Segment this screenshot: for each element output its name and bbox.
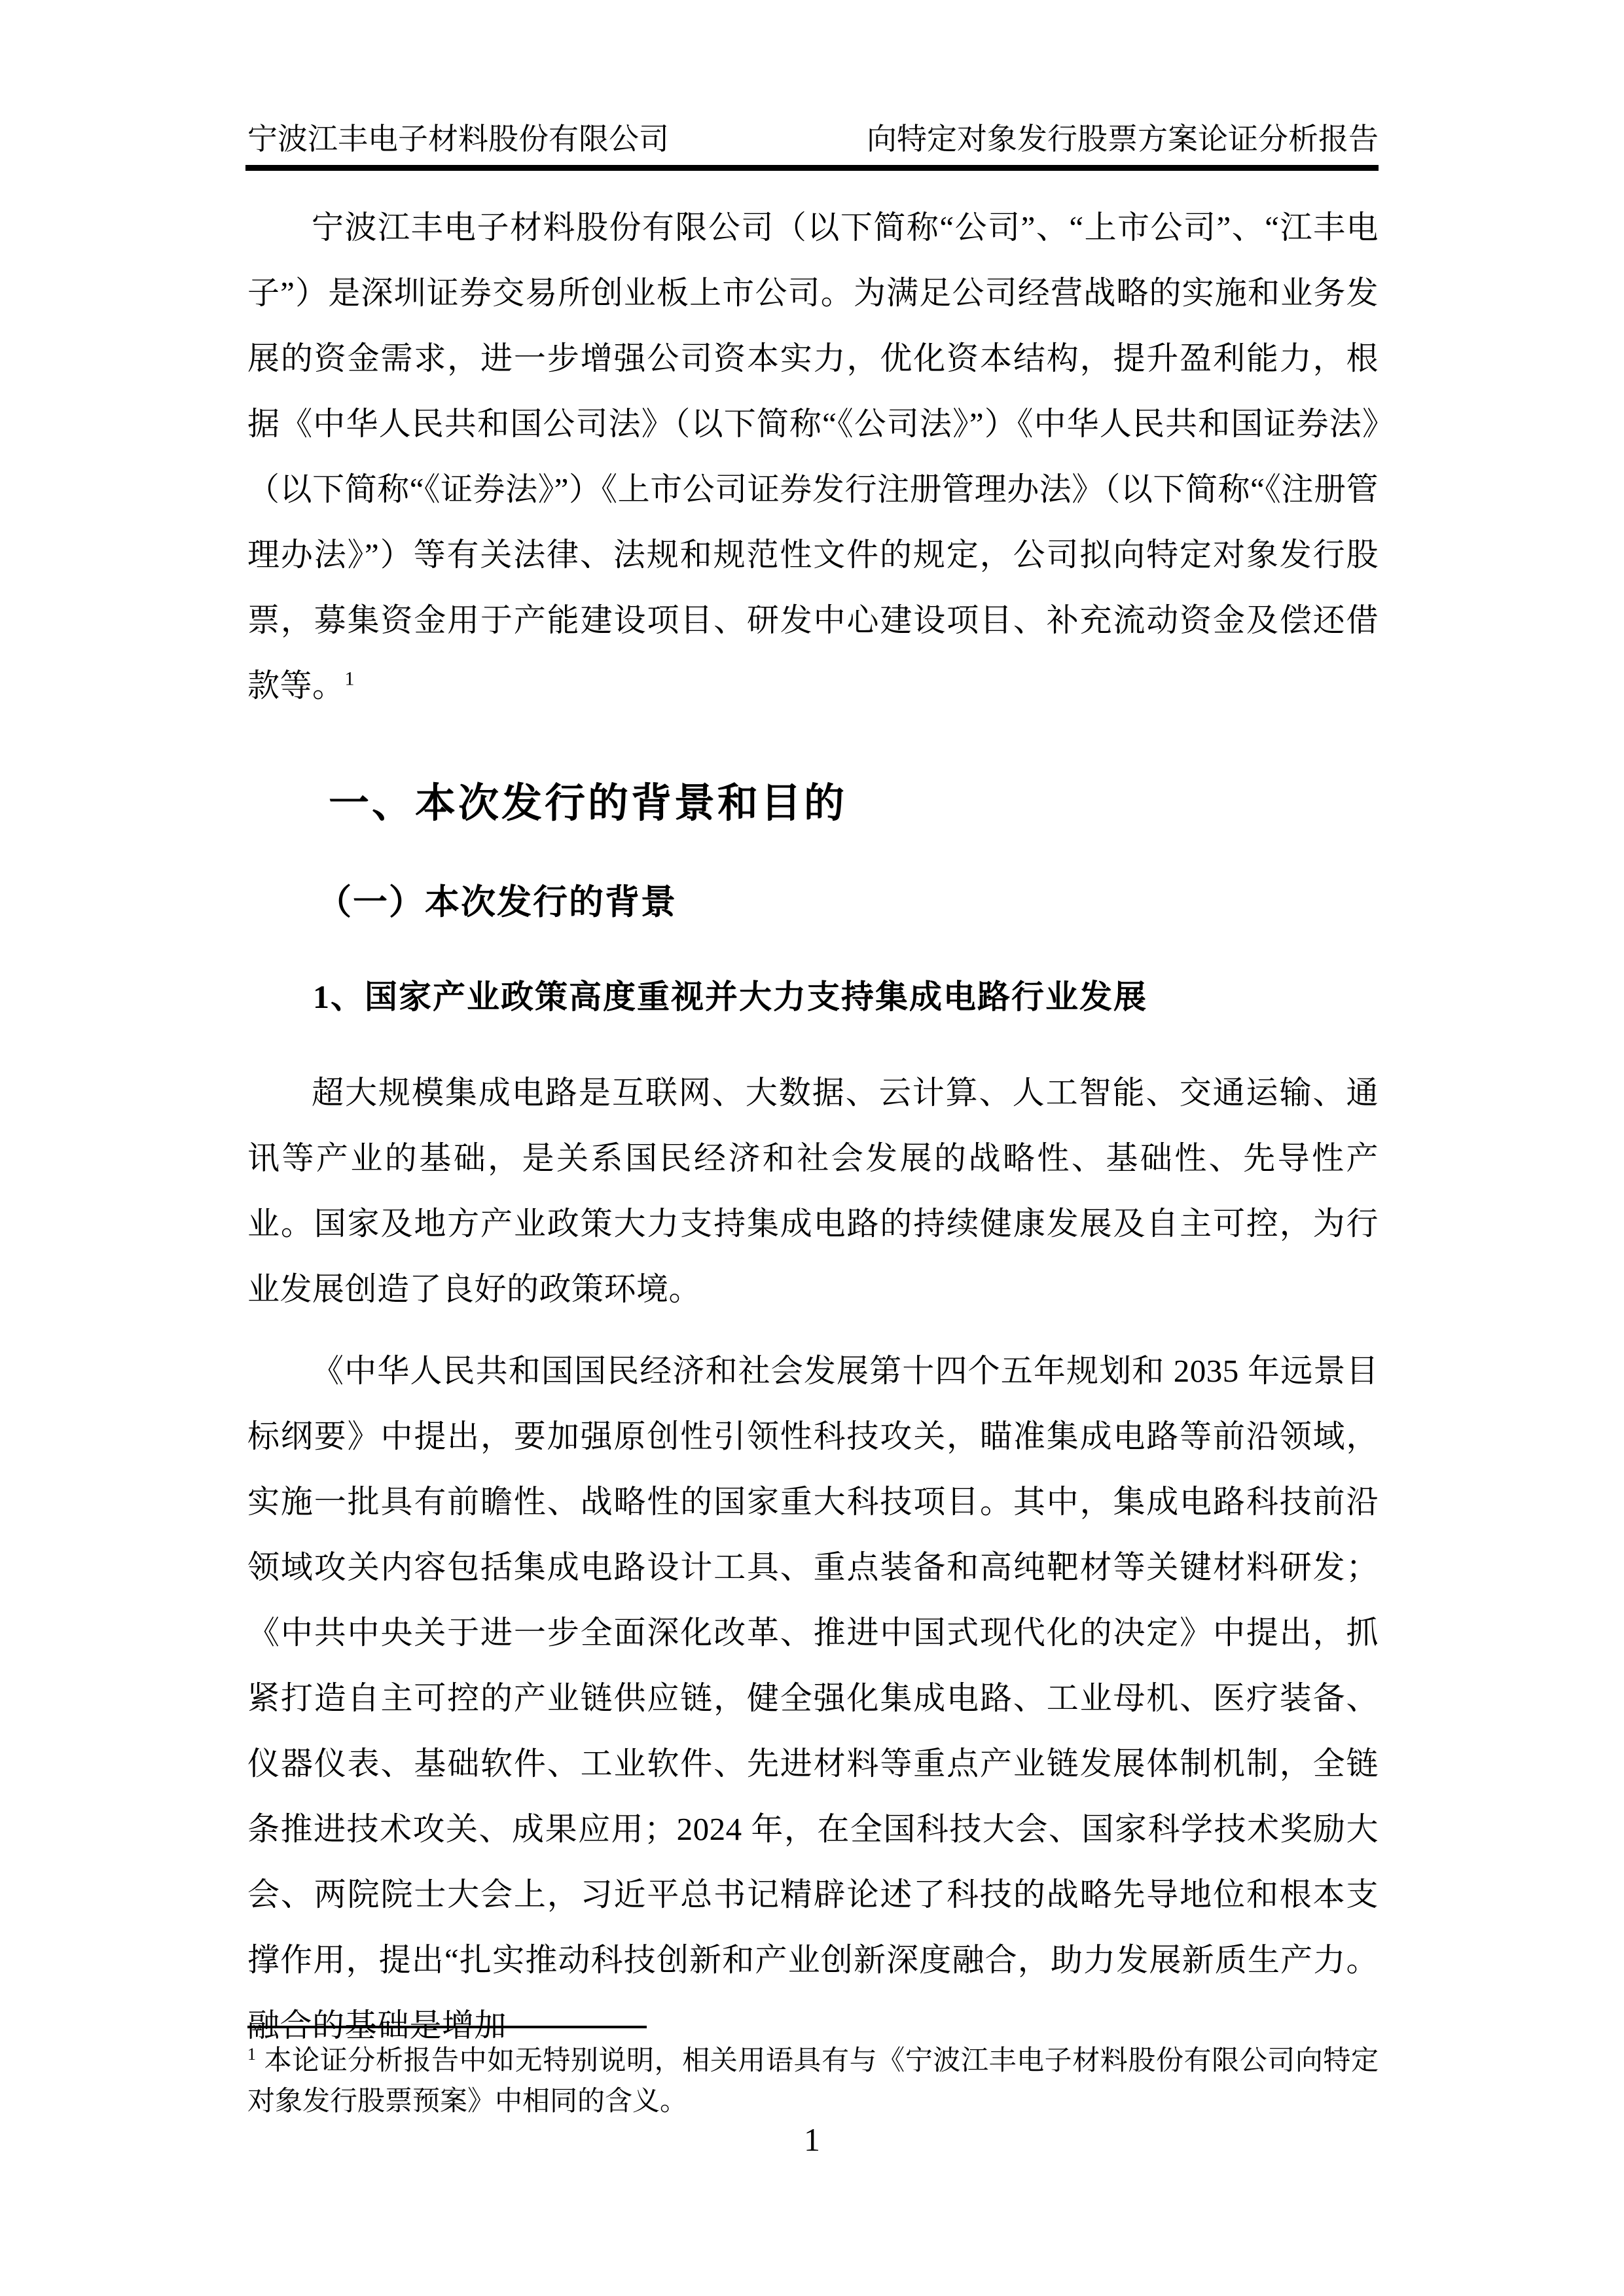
header-divider-rule xyxy=(245,165,1379,171)
section-heading-background-and-purpose: 一、本次发行的背景和目的 xyxy=(247,771,1379,836)
footnote-separator-rule xyxy=(247,2026,647,2028)
paragraph-policy-support: 《中华人民共和国国民经济和社会发展第十四个五年规划和 2035 年远景目标纲要》… xyxy=(247,1338,1379,2058)
document-page: 宁波江丰电子材料股份有限公司 向特定对象发行股票方案论证分析报告 宁波江丰电子材… xyxy=(0,0,1624,2296)
document-body: 宁波江丰电子材料股份有限公司（以下简称“公司”、“上市公司”、“江丰电子”）是深… xyxy=(247,195,1379,2058)
intro-paragraph: 宁波江丰电子材料股份有限公司（以下简称“公司”、“上市公司”、“江丰电子”）是深… xyxy=(247,195,1379,719)
footnote: 1本论证分析报告中如无特别说明，相关用语具有与《宁波江丰电子材料股份有限公司向特… xyxy=(247,2041,1379,2122)
subsection-heading-issuance-background: （一）本次发行的背景 xyxy=(247,874,1379,930)
footnote-number: 1 xyxy=(247,2045,256,2064)
paragraph-integrated-circuit-industry: 超大规模集成电路是互联网、大数据、云计算、人工智能、交通运输、通讯等产业的基础，… xyxy=(247,1060,1379,1322)
subsubsection-heading-national-policy: 1、国家产业政策高度重视并大力支持集成电路行业发展 xyxy=(247,969,1379,1024)
footnote-text: 本论证分析报告中如无特别说明，相关用语具有与《宁波江丰电子材料股份有限公司向特定… xyxy=(247,2046,1379,2117)
page-header: 宁波江丰电子材料股份有限公司 向特定对象发行股票方案论证分析报告 xyxy=(247,120,1379,159)
page-number: 1 xyxy=(0,2119,1624,2160)
intro-paragraph-text: 宁波江丰电子材料股份有限公司（以下简称“公司”、“上市公司”、“江丰电子”）是深… xyxy=(247,209,1379,704)
header-report-title: 向特定对象发行股票方案论证分析报告 xyxy=(867,120,1379,159)
header-company-name: 宁波江丰电子材料股份有限公司 xyxy=(247,120,669,159)
footnote-reference-marker: 1 xyxy=(345,668,355,690)
